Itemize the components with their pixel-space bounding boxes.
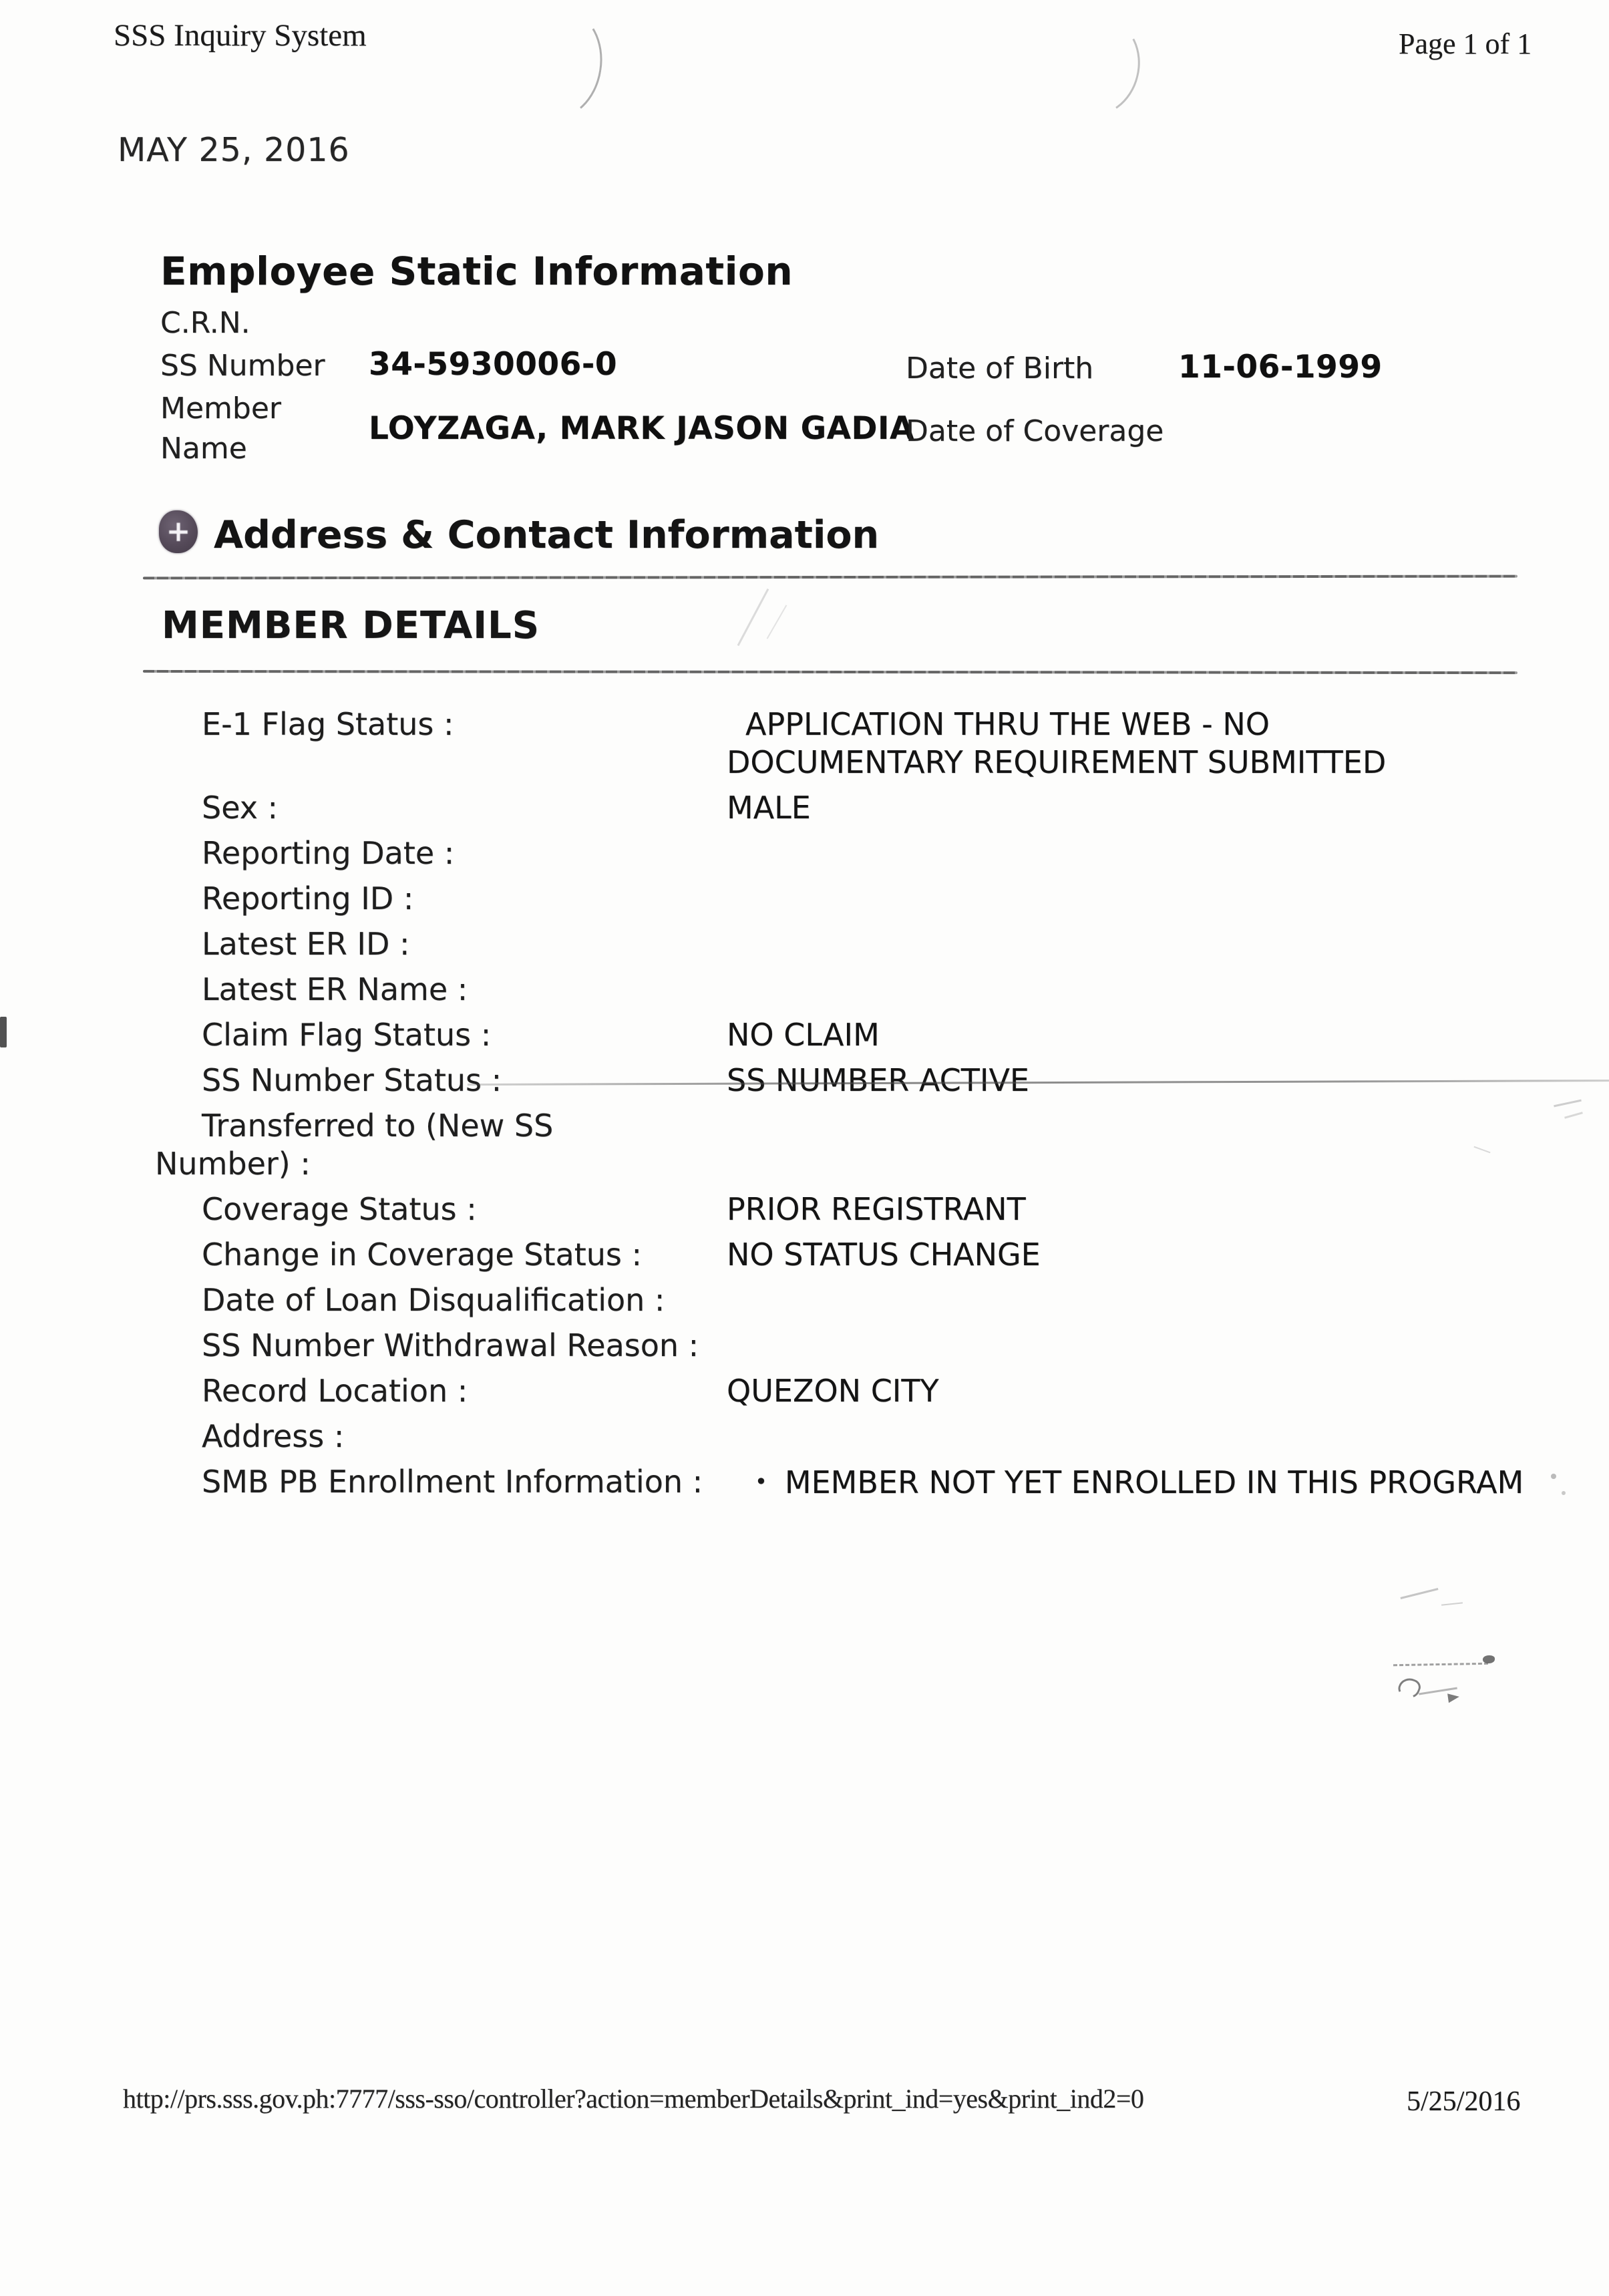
detail-label: Change in Coverage Status : — [155, 1236, 727, 1274]
scan-artifact-mark — [1564, 1112, 1583, 1119]
detail-value: NO CLAIM — [727, 1016, 880, 1054]
detail-value: SS NUMBER ACTIVE — [727, 1061, 1029, 1100]
detail-label: Latest ER Name : — [155, 971, 727, 1009]
detail-label: Date of Loan Disqualification : — [155, 1281, 727, 1319]
plus-badge-icon: + — [159, 510, 198, 553]
detail-label: SS Number Withdrawal Reason : — [155, 1327, 727, 1365]
scan-artifact-edge-mark — [0, 1017, 7, 1047]
detail-label: E-1 Flag Status : — [155, 705, 727, 782]
detail-row: Sex : MALE — [155, 789, 1564, 827]
member-name-value: LOYZAGA, MARK JASON GADIA — [369, 410, 914, 447]
detail-row: Coverage Status : PRIOR REGISTRANT — [155, 1190, 1564, 1228]
detail-label: Claim Flag Status : — [155, 1016, 727, 1054]
bullet-icon: • — [755, 1463, 767, 1501]
detail-row: SS Number Status : SS NUMBER ACTIVE — [155, 1061, 1564, 1100]
scan-artifact-pencil-mark — [1441, 1602, 1463, 1605]
detail-value: APPLICATION THRU THE WEB - NO DOCUMENTAR… — [727, 705, 1515, 782]
detail-label: Record Location : — [155, 1372, 727, 1410]
scan-artifact-pencil-mark — [1419, 1687, 1457, 1695]
horizontal-rule — [143, 670, 1517, 674]
print-footer-url: http://prs.sss.gov.ph:7777/sss-sso/contr… — [123, 2083, 1285, 2119]
detail-value-text: MEMBER NOT YET ENROLLED IN THIS PROGRAM — [785, 1464, 1524, 1500]
scan-artifact-pencil-mark — [1393, 1663, 1488, 1666]
crn-label: C.R.N. — [160, 306, 250, 340]
detail-label: Latest ER ID : — [155, 925, 727, 963]
detail-row: Reporting ID : — [155, 880, 1564, 918]
scan-artifact-pencil-mark — [1447, 1692, 1460, 1703]
detail-label: SS Number Status : — [155, 1061, 727, 1100]
detail-label: Address : — [155, 1418, 727, 1456]
detail-row: SMB PB Enrollment Information : •MEMBER … — [155, 1463, 1564, 1502]
detail-value: MALE — [727, 789, 811, 827]
document-date: MAY 25, 2016 — [118, 131, 350, 169]
print-header-page-indicator: Page 1 of 1 — [1399, 27, 1532, 61]
detail-value: •MEMBER NOT YET ENROLLED IN THIS PROGRAM — [727, 1463, 1524, 1502]
date-of-birth-label: Date of Birth — [906, 351, 1093, 385]
detail-value: NO STATUS CHANGE — [727, 1236, 1041, 1274]
member-details-section-title: MEMBER DETAILS — [162, 604, 540, 647]
plus-glyph: + — [166, 517, 191, 546]
detail-row: Date of Loan Disqualification : — [155, 1281, 1564, 1319]
date-of-coverage-label: Date of Coverage — [906, 414, 1164, 448]
detail-row: Latest ER ID : — [155, 925, 1564, 963]
detail-label: SMB PB Enrollment Information : — [155, 1463, 727, 1502]
horizontal-rule — [143, 575, 1517, 580]
employee-static-section-title: Employee Static Information — [160, 249, 793, 294]
date-of-birth-value: 11-06-1999 — [1178, 349, 1383, 385]
scan-artifact-scratch — [767, 605, 787, 639]
detail-row: Reporting Date : — [155, 834, 1564, 872]
scan-artifact-scratch — [737, 589, 769, 646]
detail-label: Transferred to (New SS Number) : — [155, 1107, 727, 1183]
detail-row: SS Number Withdrawal Reason : — [155, 1327, 1564, 1365]
scanned-document-page: SSS Inquiry System Page 1 of 1 MAY 25, 2… — [0, 0, 1609, 2296]
detail-value: QUEZON CITY — [727, 1372, 939, 1410]
detail-label: Coverage Status : — [155, 1190, 727, 1228]
address-contact-section-title: Address & Contact Information — [214, 513, 879, 557]
detail-row: E-1 Flag Status : APPLICATION THRU THE W… — [155, 705, 1564, 782]
detail-label: Reporting Date : — [155, 834, 727, 872]
detail-row: Change in Coverage Status : NO STATUS CH… — [155, 1236, 1564, 1274]
detail-row: Record Location : QUEZON CITY — [155, 1372, 1564, 1410]
scan-artifact-pencil-mark — [1400, 1588, 1438, 1599]
detail-label: Sex : — [155, 789, 727, 827]
detail-row: Latest ER Name : — [155, 971, 1564, 1009]
print-footer-date: 5/25/2016 — [1407, 2086, 1520, 2118]
detail-row: Address : — [155, 1418, 1564, 1456]
scan-artifact-arc — [1046, 9, 1150, 125]
detail-label: Reporting ID : — [155, 880, 727, 918]
scan-artifact-pencil-mark — [1396, 1675, 1423, 1701]
member-name-label: Member Name — [160, 389, 281, 469]
ss-number-label: SS Number — [160, 349, 325, 383]
print-header-title: SSS Inquiry System — [114, 17, 367, 53]
scan-artifact-arc — [510, 3, 610, 125]
member-details-rows: E-1 Flag Status : APPLICATION THRU THE W… — [155, 705, 1564, 1509]
scan-artifact-pencil-mark — [1483, 1655, 1495, 1663]
detail-row: Claim Flag Status : NO CLAIM — [155, 1016, 1564, 1054]
ss-number-value: 34-5930006-0 — [369, 346, 617, 383]
detail-value: PRIOR REGISTRANT — [727, 1190, 1026, 1228]
detail-row: Transferred to (New SS Number) : — [155, 1107, 1564, 1183]
